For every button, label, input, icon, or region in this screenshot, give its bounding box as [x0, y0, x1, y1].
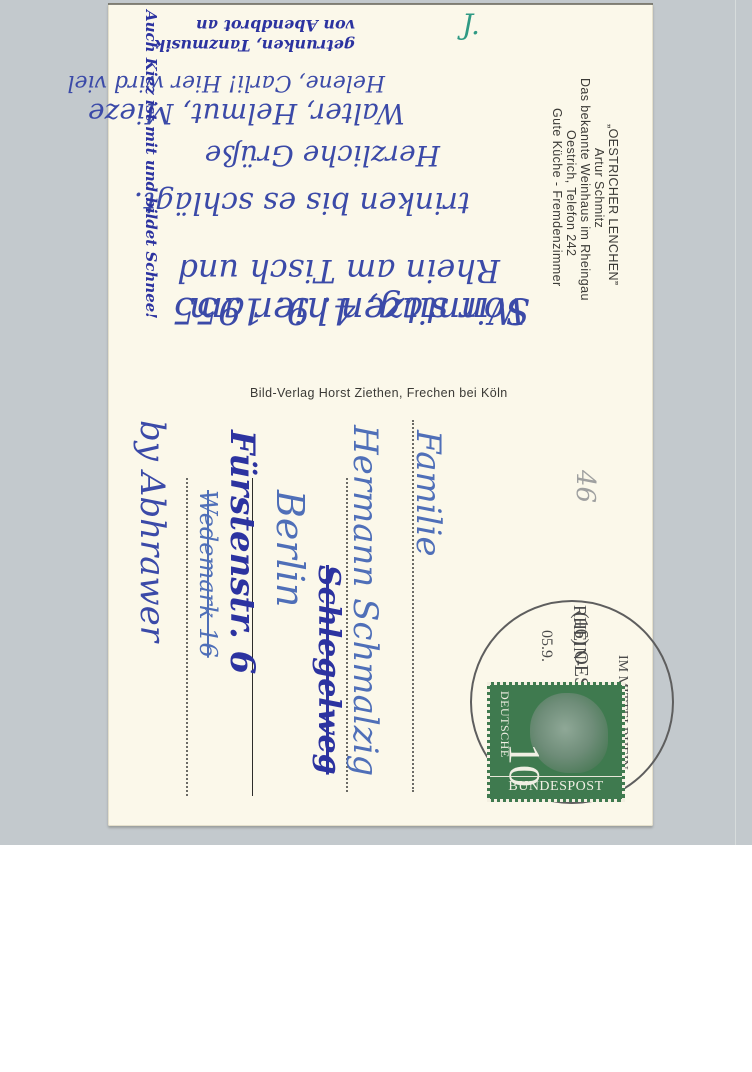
postmark-rhein: RHEIN-: [569, 605, 590, 666]
handwritten-margin-line: Auch Kiez ist mit und bildet Schnee!: [142, 10, 160, 319]
handwritten-message-line-4: Herzliche Grüße: [205, 139, 440, 172]
stamp-divider: [490, 776, 622, 777]
recipient-line-4-struck: Schlegelweg: [311, 565, 346, 775]
address-line-4: [186, 478, 188, 796]
recipient-line-3: Berlin: [268, 490, 312, 607]
postcard-top-edge: [108, 3, 653, 5]
handwritten-message-line-8: von Abendbrot an: [196, 16, 355, 35]
printed-header-line-3: Das bekannte Weinhaus im Rheingau: [578, 78, 592, 301]
pencil-number: 46: [570, 470, 600, 503]
recipient-line-1: Familie: [408, 430, 448, 557]
handwritten-message-line-3: trinken bis es schlägt.: [134, 185, 470, 220]
handwritten-message-line-1: Wir sitzen hier am: [189, 289, 525, 330]
stamp-issuer: BUNDESPOST: [490, 779, 622, 795]
postmark-date: 05.9.: [537, 630, 555, 662]
printed-header-line-1: „OESTRICHER LENCHEN”: [606, 124, 620, 286]
sender-signature: by Abhrawer: [132, 420, 172, 642]
green-initials: J.: [462, 8, 480, 41]
printed-header-line-4: Oestrich, Telefon 242: [564, 130, 578, 256]
printed-header-line-5: Gute Küche - Fremdenzimmer: [550, 108, 564, 287]
handwritten-message-line-5: Walter, Helmut, Mieze: [88, 97, 405, 130]
publisher-line: Bild-Verlag Horst Ziethen, Frechen bei K…: [250, 386, 508, 400]
postage-stamp: DEUTSCHE 10 BUNDESPOST: [487, 682, 625, 802]
recipient-line-6-struck: Wedemark 16: [194, 490, 222, 658]
printed-header-line-2: Artur Schmitz: [592, 148, 606, 228]
handwritten-message-line-7: getrunken, Tanzmusik: [154, 36, 355, 55]
recipient-line-2: Hermann Schmalzig: [345, 425, 385, 776]
handwritten-message-line-2: Rhein am Tisch und: [177, 252, 500, 290]
handwritten-message-line-6: Helene, Carli! Hier wird viel: [67, 70, 385, 95]
recipient-line-5: Fürstenstr. 6: [222, 430, 262, 674]
